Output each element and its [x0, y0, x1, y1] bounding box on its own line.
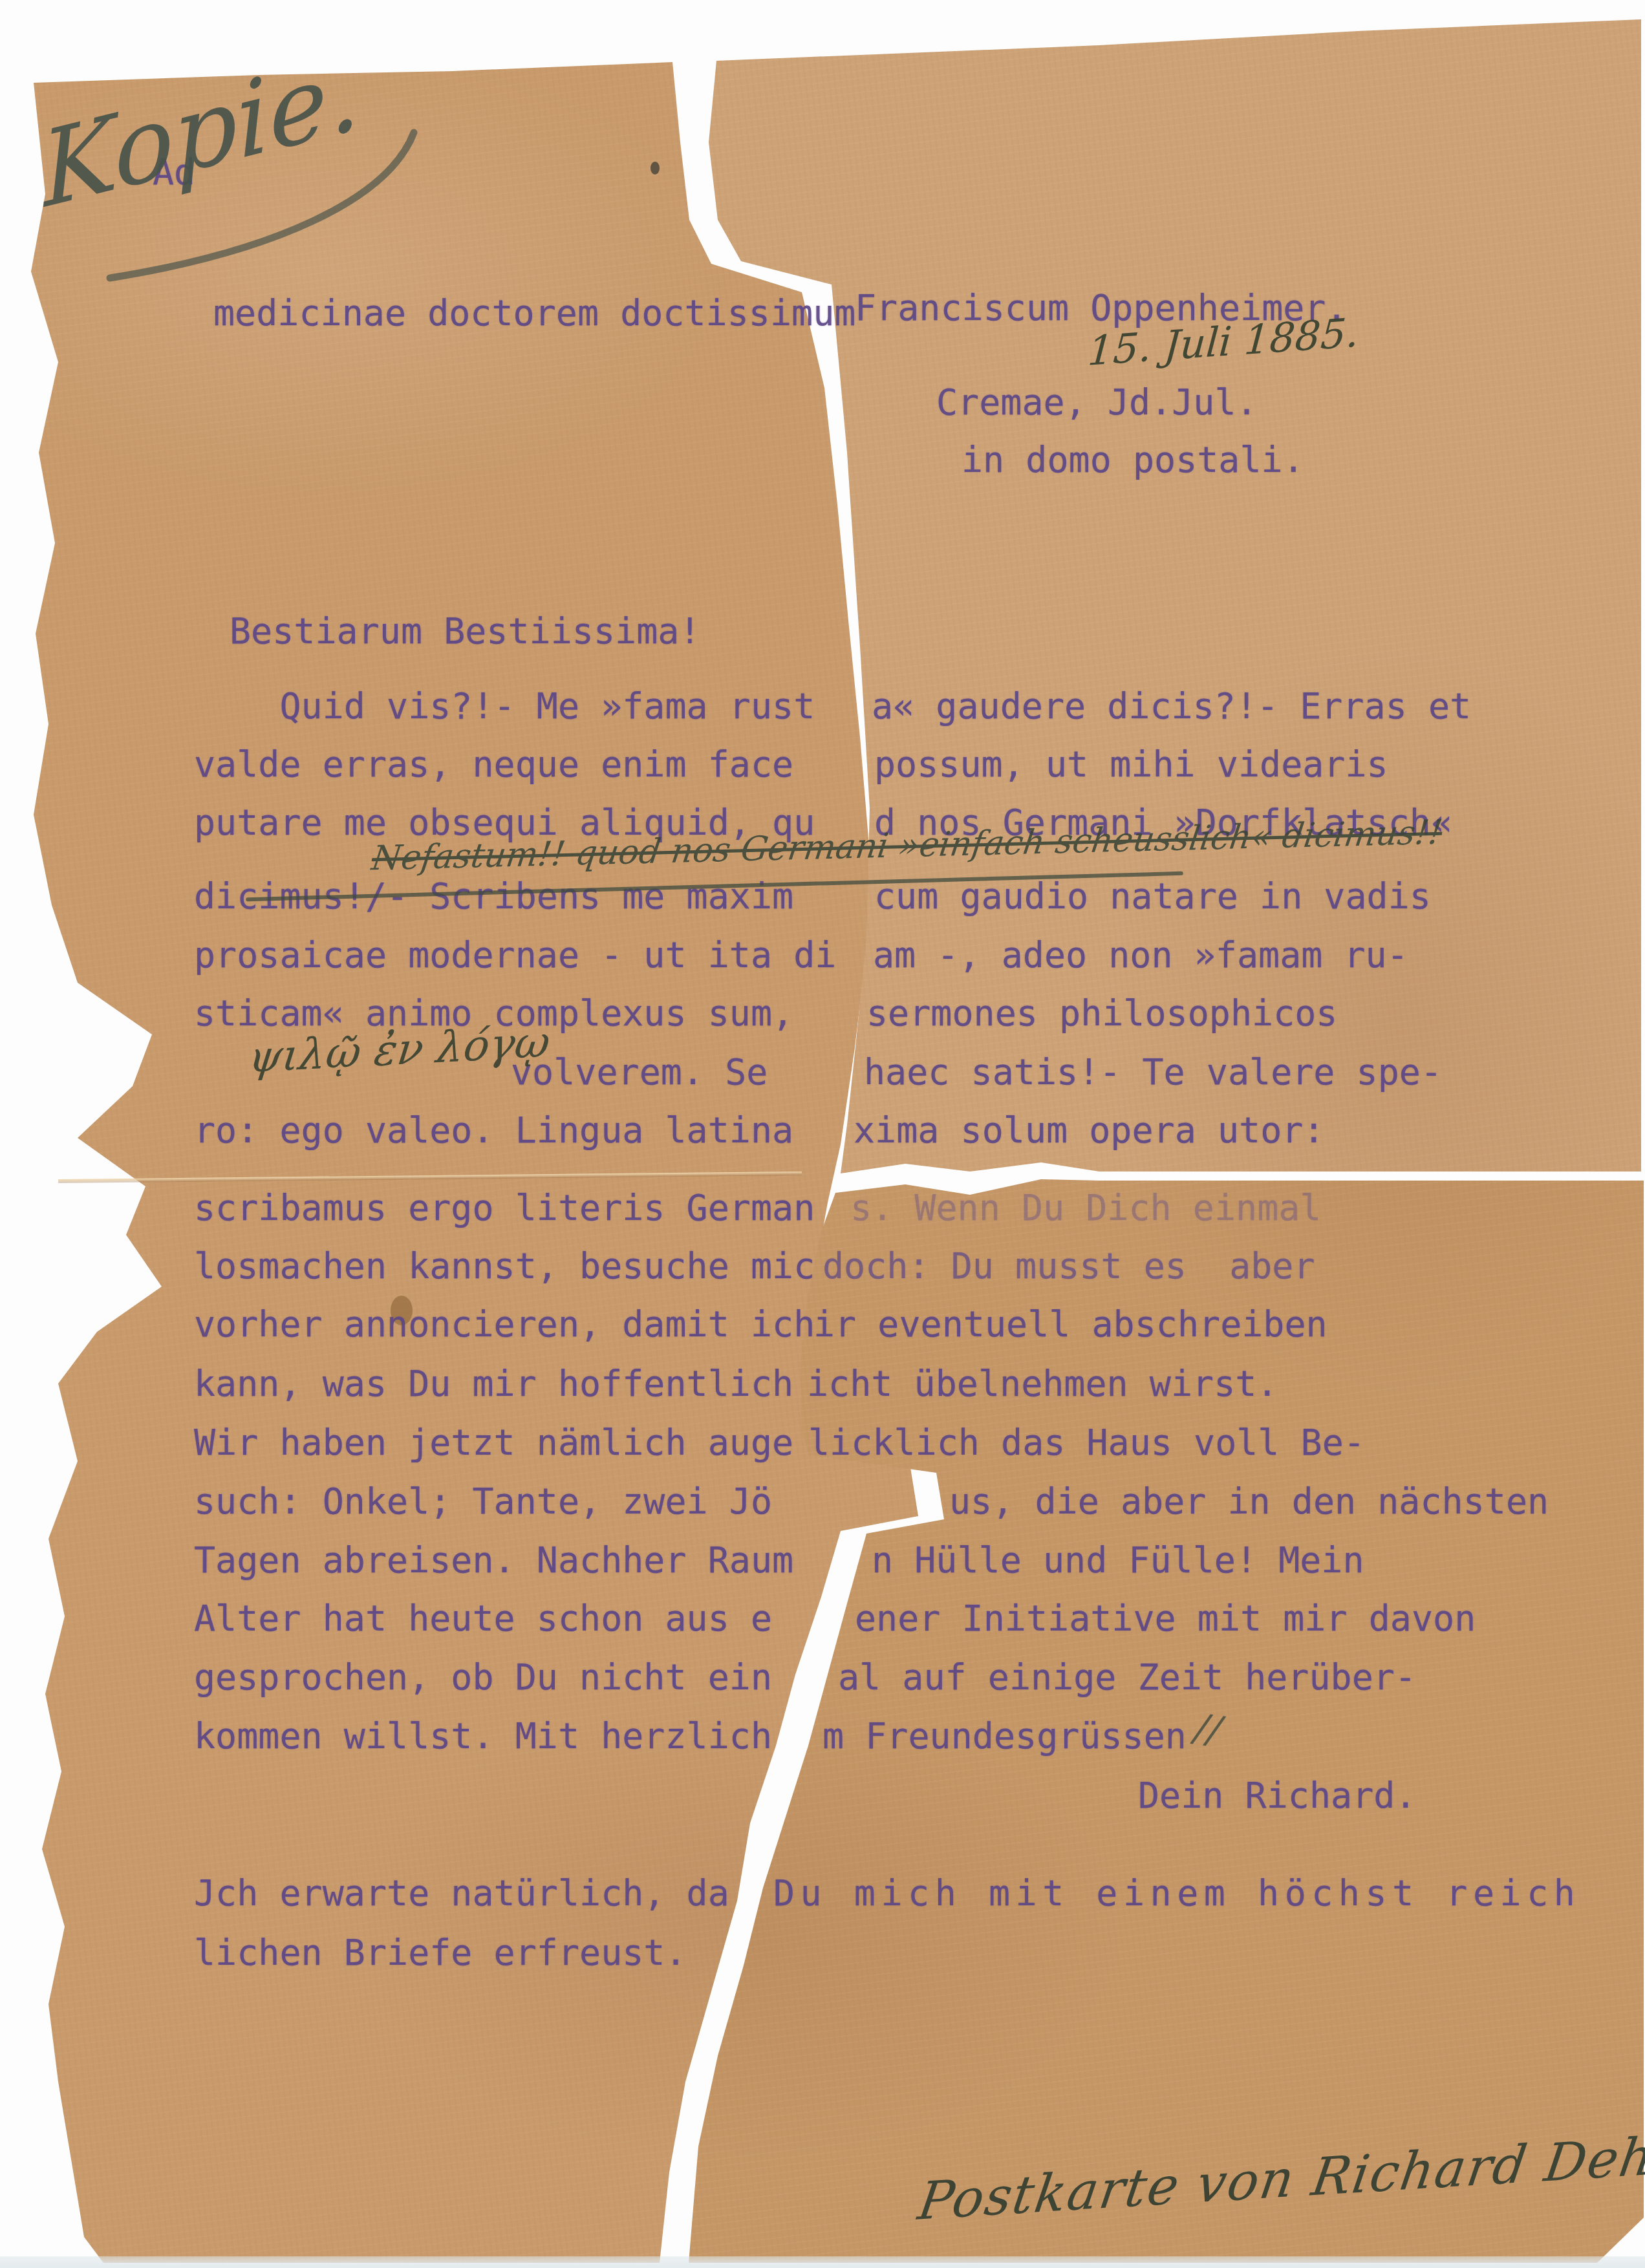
- body-line-right: ener Initiative mit mir davon: [855, 1599, 1476, 1638]
- body-line-right: ir eventuell abschreiben: [813, 1305, 1328, 1343]
- body-line-left: such: Onkel; Tante, zwei Jö: [194, 1482, 772, 1521]
- postscript-line-left: lichen Briefe erfreust.: [194, 1933, 687, 1972]
- body-line-right: icht übelnehmen wirst.: [807, 1364, 1278, 1403]
- postscript-line-right: Du mich mit einem höchst reich: [773, 1874, 1580, 1912]
- postscript-line-left: Jch erwarte natürlich, da: [194, 1874, 729, 1912]
- scanned-postcard-page: Kopie. Ad medicinae doctorem doctissimum…: [0, 0, 1645, 2268]
- body-line-right: al auf einige Zeit herüber-: [838, 1658, 1416, 1696]
- place-line: Cremae, Jd.Jul.: [936, 383, 1258, 422]
- body-line-left: Quid vis?!- Me »fama rust: [194, 687, 815, 725]
- body-line-left: ro: ego valeo. Lingua latina: [194, 1111, 793, 1150]
- body-line-left: gesprochen, ob Du nicht ein: [194, 1658, 772, 1696]
- paper-speck: [650, 162, 660, 175]
- body-line-left: losmachen kannst, besuche mic: [194, 1246, 815, 1285]
- body-line-left: Wir haben jetzt nämlich auge: [194, 1423, 793, 1462]
- body-line-left: kann, was Du mir hoffentlich: [194, 1364, 793, 1403]
- body-line-left: vorher annoncieren, damit ich: [194, 1305, 815, 1343]
- body-line-left: valde erras, neque enim face: [194, 745, 793, 784]
- scanner-edge-strip: [0, 2256, 1645, 2268]
- body-line-right: licklich das Haus voll Be-: [808, 1423, 1365, 1462]
- body-line-left: prosaicae modernae - ut ita di: [194, 936, 836, 974]
- body-line-left: kommen willst. Mit herzlich: [194, 1717, 772, 1755]
- body-line-right: m Freundesgrüssen: [822, 1717, 1187, 1755]
- body-line-right: cum gaudio natare in vadis: [874, 877, 1431, 915]
- body-line-right: sermones philosophicos: [866, 994, 1337, 1032]
- body-line-right: am -, adeo non »famam ru-: [873, 936, 1408, 974]
- signature: Dein Richard.: [1138, 1776, 1416, 1815]
- body-line-right: us, die aber in den nächsten: [949, 1482, 1549, 1521]
- body-line-left: Alter hat heute schon aus e: [194, 1599, 772, 1638]
- body-line-right: possum, ut mihi videaris: [874, 745, 1388, 784]
- kopie-flourish-stroke: [26, 71, 478, 330]
- location-line: in domo postali.: [962, 440, 1304, 479]
- body-line-right: xima solum opera utor:: [854, 1111, 1324, 1150]
- body-line-right: doch: Du musst es aber: [822, 1246, 1315, 1285]
- body-line-right: s. Wenn Du Dich einmal: [850, 1188, 1321, 1227]
- body-line-left: Tagen abreisen. Nachher Raum: [194, 1541, 793, 1579]
- body-line-right: haec satis!- Te valere spe-: [864, 1053, 1442, 1091]
- body-line-right: a« gaudere dicis?!- Erras et: [872, 687, 1471, 725]
- body-line-left: volverem. Se: [511, 1053, 768, 1091]
- body-line-right: n Hülle und Fülle! Mein: [872, 1541, 1364, 1579]
- body-line-left: scribamus ergo literis German: [194, 1188, 815, 1227]
- salutation: Bestiarum Bestiissima!: [230, 612, 700, 650]
